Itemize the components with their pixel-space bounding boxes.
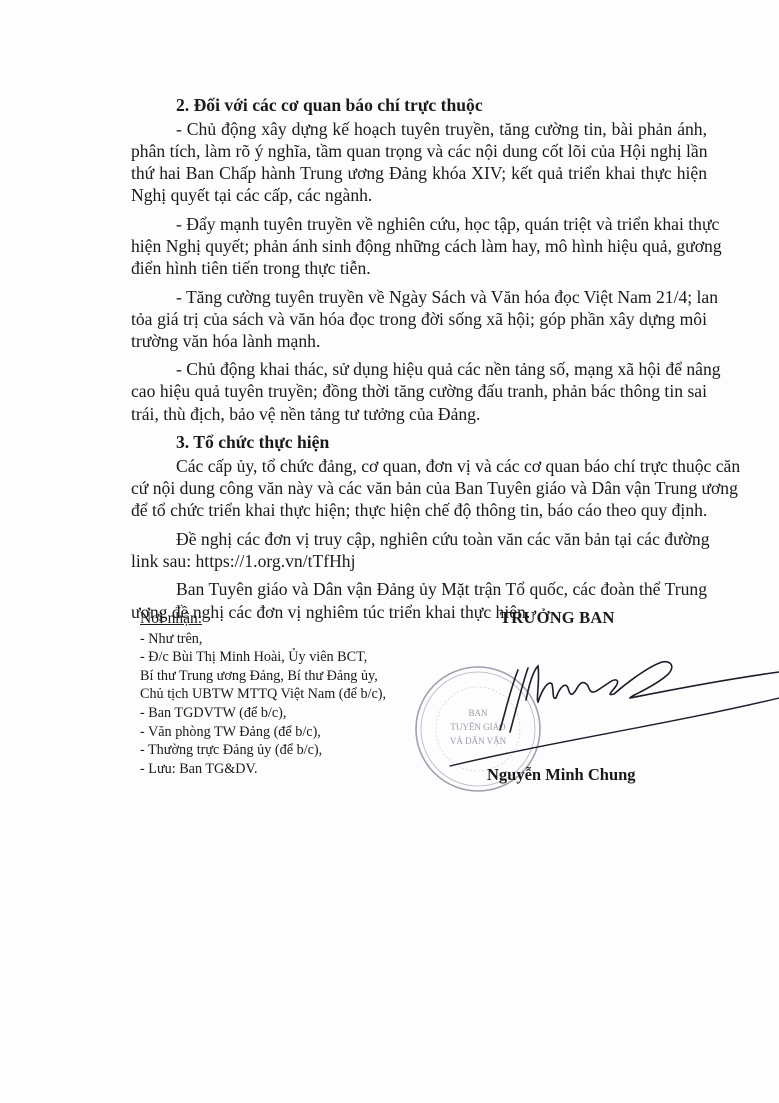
- signer-title: TRƯỞNG BAN: [500, 608, 615, 628]
- recipients-list: - Như trên,- Đ/c Bùi Thị Minh Hoài, Ủy v…: [140, 630, 386, 779]
- paragraph-line: - Đẩy mạnh tuyên truyền về nghiên cứu, h…: [176, 213, 707, 235]
- paragraph-line: để tổ chức triển khai thực hiện; thực hi…: [131, 499, 707, 521]
- paragraph-line: cao hiệu quả tuyên truyền; đồng thời tăn…: [131, 380, 707, 402]
- recipient-item: - Thường trực Đảng ủy (để b/c),: [140, 741, 386, 760]
- paragraph-line: - Chủ động xây dựng kế hoạch tuyên truyề…: [176, 118, 707, 140]
- paragraph-line: thứ hai Ban Chấp hành Trung ương Đảng kh…: [131, 162, 707, 184]
- paragraph-line[interactable]: link sau: https://1.org.vn/tTfHhj: [131, 550, 707, 572]
- paragraph-line: Nghị quyết tại các cấp, các ngành.: [131, 184, 707, 206]
- recipient-item: - Đ/c Bùi Thị Minh Hoài, Ủy viên BCT,: [140, 648, 386, 667]
- recipients-title: Nơi nhận:: [140, 610, 386, 629]
- signature-icon: [430, 640, 779, 780]
- recipient-item: - Như trên,: [140, 630, 386, 649]
- paragraph-line: - Chủ động khai thác, sử dụng hiệu quả c…: [176, 358, 707, 380]
- signer-name: Nguyễn Minh Chung: [487, 765, 636, 785]
- recipient-item: - Văn phòng TW Đảng (để b/c),: [140, 723, 386, 742]
- recipients-block: Nơi nhận: - Như trên,- Đ/c Bùi Thị Minh …: [140, 610, 386, 778]
- paragraph-line: Ban Tuyên giáo và Dân vận Đảng ủy Mặt tr…: [176, 578, 707, 600]
- paragraph-line: cứ nội dung công văn này và các văn bản …: [131, 477, 707, 499]
- paragraph-line: trái, thù địch, bảo vệ nền tảng tư tưởng…: [131, 403, 707, 425]
- recipient-item: - Ban TGDVTW (để b/c),: [140, 704, 386, 723]
- section-heading: 2. Đối với các cơ quan báo chí trực thuộ…: [176, 94, 707, 116]
- paragraph-line: Đề nghị các đơn vị truy cập, nghiên cứu …: [176, 528, 707, 550]
- paragraph-line: tỏa giá trị của sách và văn hóa đọc tron…: [131, 308, 707, 330]
- recipient-item: - Lưu: Ban TG&DV.: [140, 760, 386, 779]
- paragraph-line: Các cấp ủy, tổ chức đảng, cơ quan, đơn v…: [176, 455, 707, 477]
- recipient-item: Bí thư Trung ương Đảng, Bí thư Đảng ủy,: [140, 667, 386, 686]
- paragraph-line: phân tích, làm rõ ý nghĩa, tầm quan trọn…: [131, 140, 707, 162]
- paragraph-line: hiện Nghị quyết; phản ánh sinh động nhữn…: [131, 235, 707, 257]
- paragraph-line: - Tăng cường tuyên truyền về Ngày Sách v…: [176, 286, 707, 308]
- paragraph-line: trường văn hóa lành mạnh.: [131, 330, 707, 352]
- paragraph-line: điển hình tiên tiến trong thực tiễn.: [131, 257, 707, 279]
- section-heading: 3. Tổ chức thực hiện: [176, 431, 707, 453]
- recipient-item: Chủ tịch UBTW MTTQ Việt Nam (để b/c),: [140, 685, 386, 704]
- document-page: 2. Đối với các cơ quan báo chí trực thuộ…: [0, 0, 779, 1103]
